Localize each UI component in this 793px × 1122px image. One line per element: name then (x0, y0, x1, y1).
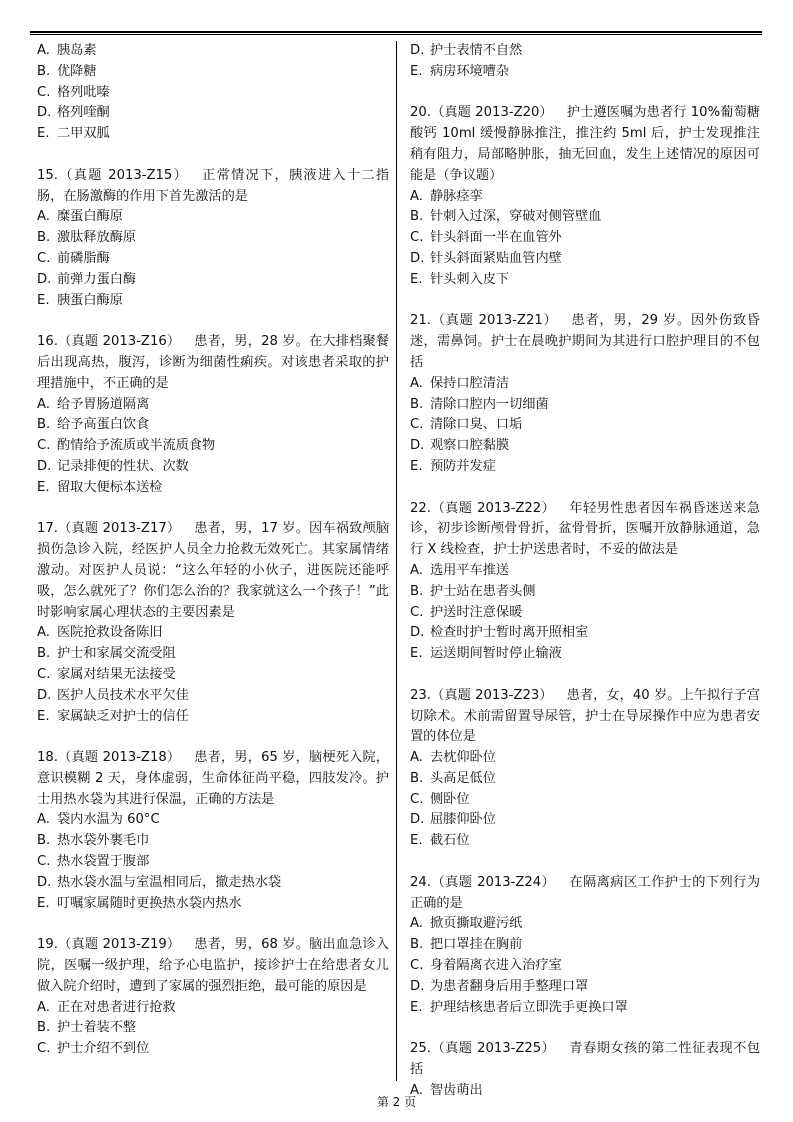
question-stem: 21.（真题 2013-Z21）患者，男，29 岁。因外伤致昏迷，需鼻饲。护士在… (410, 311, 760, 373)
option: E.病房环境嘈杂 (410, 62, 760, 83)
question-stem: 15.（真题 2013-Z15）正常情况下，胰液进入十二指肠，在肠激酶的作用下首… (37, 166, 389, 208)
option: D.针头斜面紧贴血管内壁 (410, 249, 760, 270)
question-stem: 22.（真题 2013-Z22）年轻男性患者因车祸昏迷送来急诊，初步诊断颅骨骨折… (410, 499, 760, 561)
option: B.护士着装不整 (37, 1018, 389, 1039)
option: D.护士表情不自然 (410, 41, 760, 62)
option: E.胰蛋白酶原 (37, 291, 389, 312)
option: D.记录排便的性状、次数 (37, 457, 389, 478)
option: C.护送时注意保暖 (410, 603, 760, 624)
question-stem: 18.（真题 2013-Z18）患者，男，65 岁，脑梗死入院，意识模糊 2 天… (37, 748, 389, 810)
question-stem: 19.（真题 2013-Z19）患者，男，68 岁。脑出血急诊入院，医嘱一级护理… (37, 935, 389, 997)
question-15: 15.（真题 2013-Z15）正常情况下，胰液进入十二指肠，在肠激酶的作用下首… (37, 166, 389, 312)
option: B.清除口腔内一切细菌 (410, 395, 760, 416)
question-19: 19.（真题 2013-Z19）患者，男，68 岁。脑出血急诊入院，医嘱一级护理… (37, 935, 389, 1060)
option: C.针头斜面一半在血管外 (410, 228, 760, 249)
question-20: 20.（真题 2013-Z20）护士遵医嘱为患者行 10%葡萄糖酸钙 10ml … (410, 103, 760, 290)
option: E.针头刺入皮下 (410, 270, 760, 291)
option: D.前弹力蛋白酶 (37, 270, 389, 291)
question-21: 21.（真题 2013-Z21）患者，男，29 岁。因外伤致昏迷，需鼻饲。护士在… (410, 311, 760, 477)
continued-options: D.护士表情不自然 E.病房环境嘈杂 (410, 41, 760, 83)
option: A.保持口腔清洁 (410, 374, 760, 395)
option: D.观察口腔黏膜 (410, 436, 760, 457)
option: E.护理结核患者后立即洗手更换口罩 (410, 998, 760, 1019)
question-stem: 25.（真题 2013-Z25）青春期女孩的第二性征表现不包括 (410, 1039, 760, 1081)
question-stem: 16.（真题 2013-Z16）患者，男，28 岁。在大排档聚餐后出现高热，腹泻… (37, 332, 389, 394)
option: D.格列喹酮 (37, 103, 389, 124)
option: B.给予高蛋白饮食 (37, 415, 389, 436)
header-rule-thin (30, 34, 762, 35)
option: A.选用平车推送 (410, 561, 760, 582)
option: A.掀页撕取避污纸 (410, 914, 760, 935)
option: E.叮嘱家属随时更换热水袋内热水 (37, 894, 389, 915)
option: B.热水袋外裹毛巾 (37, 831, 389, 852)
option: B.激肽释放酶原 (37, 228, 389, 249)
option: C.前磷脂酶 (37, 249, 389, 270)
option: C.格列吡嗪 (37, 83, 389, 104)
question-18: 18.（真题 2013-Z18）患者，男，65 岁，脑梗死入院，意识模糊 2 天… (37, 748, 389, 914)
option: E.截石位 (410, 831, 760, 852)
option: A.糜蛋白酶原 (37, 207, 389, 228)
question-stem: 17.（真题 2013-Z17）患者，男，17 岁。因车祸致颅脑损伤急诊入院，经… (37, 519, 389, 623)
page-number: 第 2 页 (0, 1093, 793, 1110)
option: E.二甲双胍 (37, 124, 389, 145)
column-divider (396, 41, 397, 1081)
option: B.护士站在患者头侧 (410, 582, 760, 603)
continued-options: A.胰岛素 B.优降糖 C.格列吡嗪 D.格列喹酮 E.二甲双胍 (37, 41, 389, 145)
question-stem: 20.（真题 2013-Z20）护士遵医嘱为患者行 10%葡萄糖酸钙 10ml … (410, 103, 760, 186)
question-17: 17.（真题 2013-Z17）患者，男，17 岁。因车祸致颅脑损伤急诊入院，经… (37, 519, 389, 727)
option: D.热水袋水温与室温相同后，撤走热水袋 (37, 873, 389, 894)
option: A.袋内水温为 60°C (37, 810, 389, 831)
question-stem: 24.（真题 2013-Z24）在隔离病区工作护士的下列行为正确的是 (410, 873, 760, 915)
option: D.屈膝仰卧位 (410, 810, 760, 831)
option: E.留取大便标本送检 (37, 478, 389, 499)
option: A.去枕仰卧位 (410, 748, 760, 769)
option: A.医院抢救设备陈旧 (37, 623, 389, 644)
option: B.优降糖 (37, 62, 389, 83)
option: A.静脉痉挛 (410, 187, 760, 208)
option: B.护士和家属交流受阻 (37, 644, 389, 665)
option: C.热水袋置于腹部 (37, 852, 389, 873)
option: D.为患者翻身后用手整理口罩 (410, 977, 760, 998)
option: B.针刺入过深，穿破对侧管壁血 (410, 207, 760, 228)
option: C.护士介绍不到位 (37, 1039, 389, 1060)
option: E.预防并发症 (410, 457, 760, 478)
question-stem: 23.（真题 2013-Z23）患者，女，40 岁。上午拟行子宫切除术。术前需留… (410, 686, 760, 748)
option: C.家属对结果无法接受 (37, 665, 389, 686)
option: B.头高足低位 (410, 769, 760, 790)
option: B.把口罩挂在胸前 (410, 935, 760, 956)
option: A.胰岛素 (37, 41, 389, 62)
question-23: 23.（真题 2013-Z23）患者，女，40 岁。上午拟行子宫切除术。术前需留… (410, 686, 760, 852)
option: A.正在对患者进行抢救 (37, 998, 389, 1019)
option: E.运送期间暂时停止输液 (410, 644, 760, 665)
option: C.侧卧位 (410, 790, 760, 811)
option: D.检查时护士暂时离开照相室 (410, 623, 760, 644)
option: C.清除口臭、口垢 (410, 415, 760, 436)
question-16: 16.（真题 2013-Z16）患者，男，28 岁。在大排档聚餐后出现高热，腹泻… (37, 332, 389, 498)
header-rule-thick (30, 31, 762, 33)
option: A.给予胃肠道隔离 (37, 395, 389, 416)
left-column: A.胰岛素 B.优降糖 C.格列吡嗪 D.格列喹酮 E.二甲双胍 15.（真题 … (37, 41, 389, 1060)
question-22: 22.（真题 2013-Z22）年轻男性患者因车祸昏迷送来急诊，初步诊断颅骨骨折… (410, 499, 760, 665)
right-column: D.护士表情不自然 E.病房环境嘈杂 20.（真题 2013-Z20）护士遵医嘱… (410, 41, 760, 1102)
option: D.医护人员技术水平欠佳 (37, 686, 389, 707)
option: C.酌情给予流质或半流质食物 (37, 436, 389, 457)
option: E.家属缺乏对护士的信任 (37, 707, 389, 728)
question-24: 24.（真题 2013-Z24）在隔离病区工作护士的下列行为正确的是 A.掀页撕… (410, 873, 760, 1019)
option: C.身着隔离衣进入治疗室 (410, 956, 760, 977)
